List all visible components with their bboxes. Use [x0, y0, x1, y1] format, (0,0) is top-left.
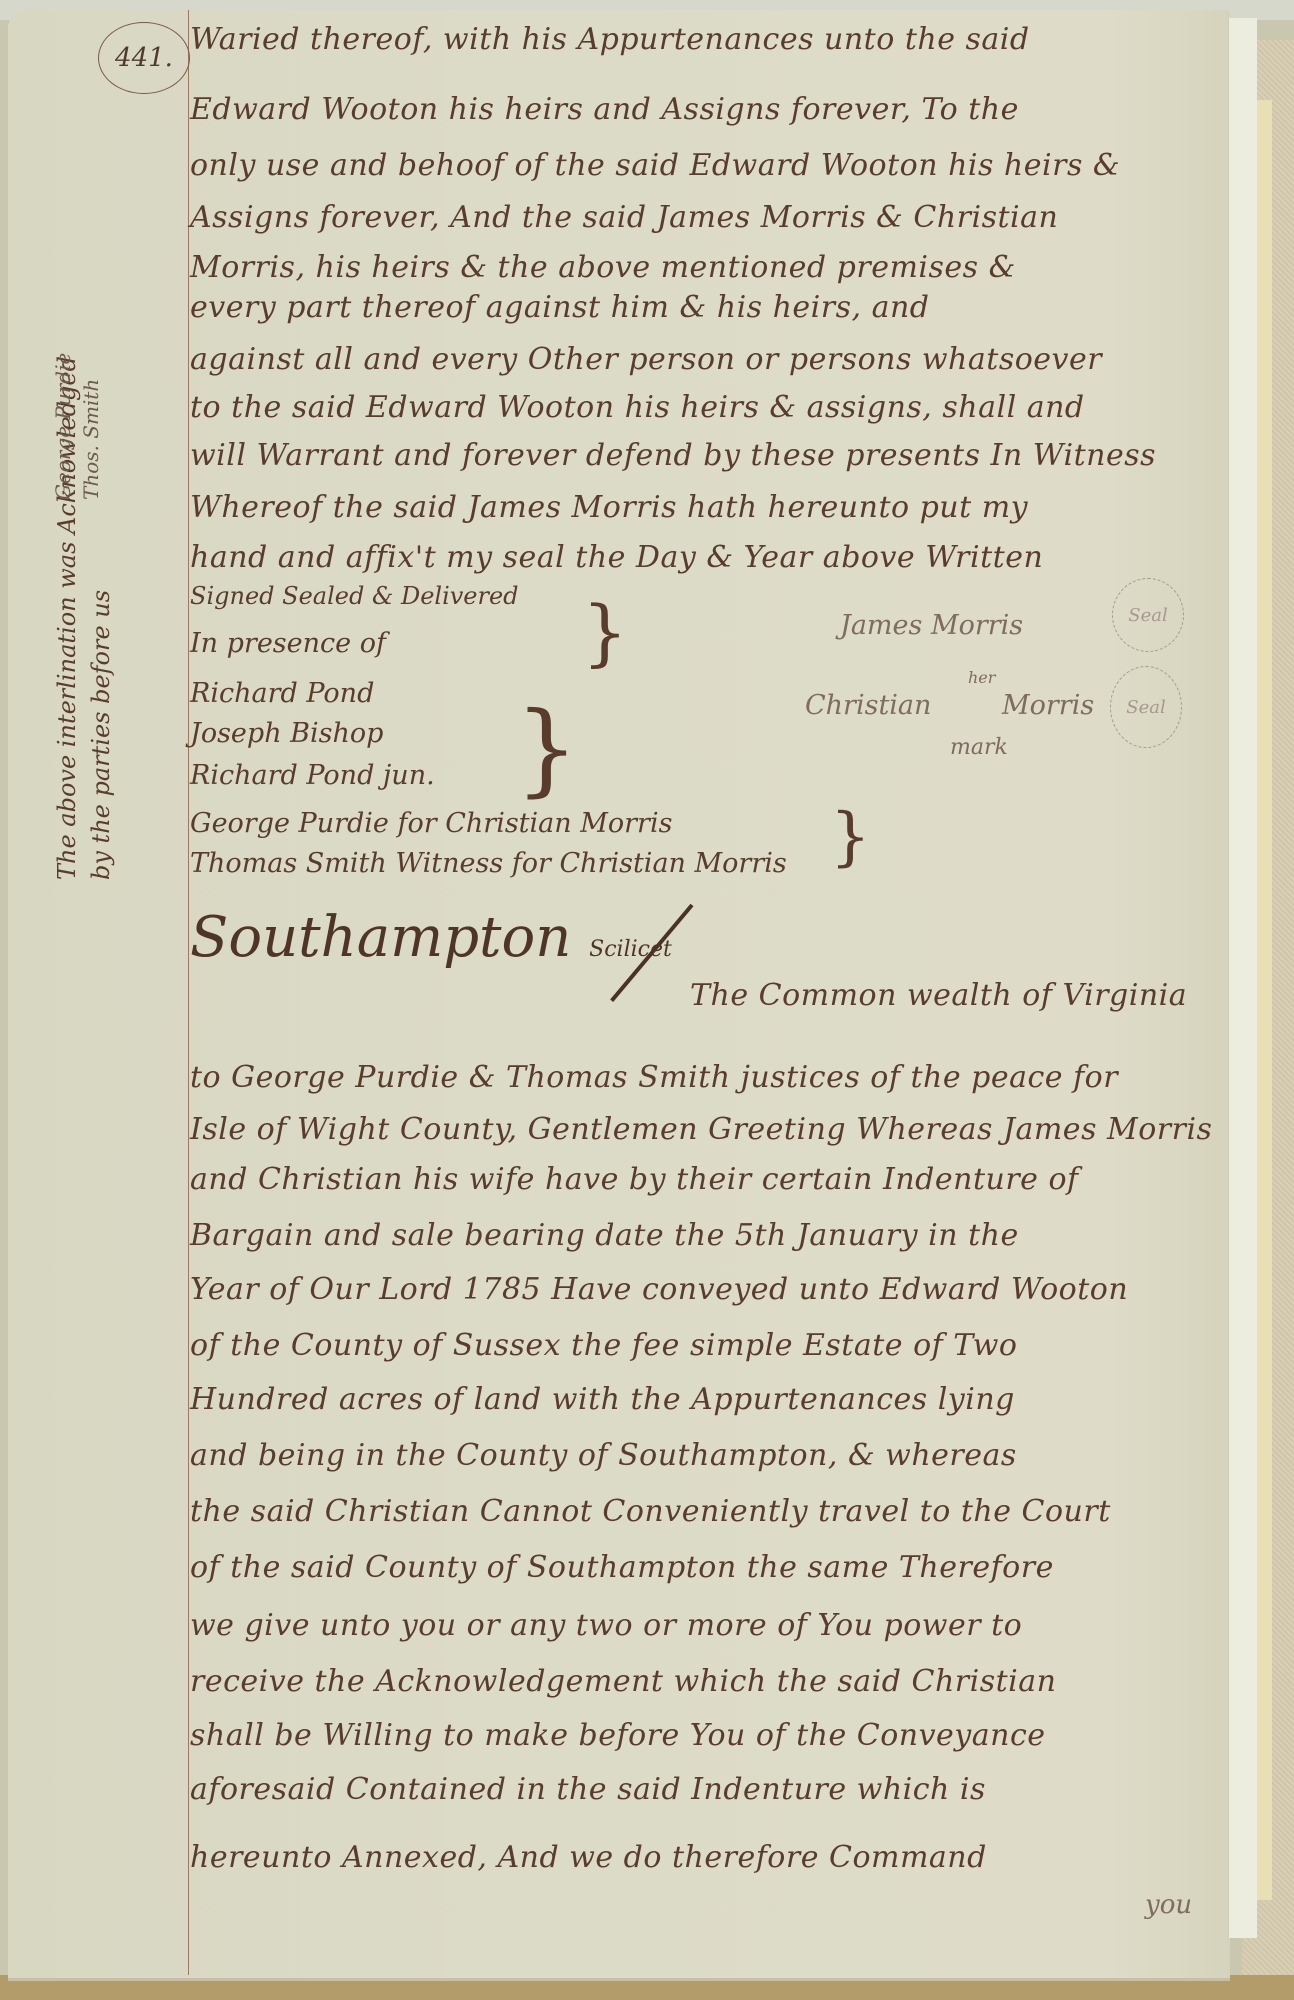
brace-icon: }: [830, 800, 871, 874]
attestation-in-presence: In presence of: [190, 628, 386, 659]
deed-line: hand and affix't my seal the Day & Year …: [190, 540, 1230, 575]
commission-line: hereunto Annexed, And we do therefore Co…: [190, 1840, 1230, 1875]
seal-icon: Seal: [1110, 666, 1182, 748]
commission-line: we give unto you or any two or more of Y…: [190, 1608, 1230, 1643]
commission-heading: Southampton Scilicet: [190, 905, 672, 970]
witness-for-christian: George Purdie for Christian Morris: [190, 808, 672, 839]
catchword: you: [1145, 1890, 1192, 1920]
deed-line: to the said Edward Wooton his heirs & as…: [190, 390, 1230, 425]
heading-southampton: Southampton: [190, 905, 571, 970]
commission-line: shall be Willing to make before You of t…: [190, 1718, 1230, 1753]
deed-line: will Warrant and forever defend by these…: [190, 438, 1230, 473]
commission-line: Hundred acres of land with the Appurtena…: [190, 1382, 1230, 1417]
folio-number: 441.: [98, 22, 190, 94]
deed-line: Morris, his heirs & the above mentioned …: [190, 250, 1230, 285]
commission-line: aforesaid Contained in the said Indentur…: [190, 1772, 1230, 1807]
signature-christian-last: Morris: [1002, 690, 1094, 721]
commission-line: receive the Acknowledgement which the sa…: [190, 1664, 1230, 1699]
witness-for-christian: Thomas Smith Witness for Christian Morri…: [190, 848, 787, 879]
witness-name: Richard Pond: [190, 678, 374, 709]
brace-icon: }: [515, 690, 579, 807]
witness-name: Richard Pond jun.: [190, 760, 435, 791]
signature-mark: mark: [950, 735, 1008, 760]
seal-label: Seal: [1126, 697, 1165, 718]
brace-icon: }: [582, 590, 628, 674]
signature-james-morris: James Morris: [840, 610, 1023, 641]
attestation-signed-sealed: Signed Sealed & Delivered: [190, 582, 519, 610]
deed-line: against all and every Other person or pe…: [190, 342, 1230, 377]
deed-line: Edward Wooton his heirs and Assigns fore…: [190, 92, 1230, 127]
commission-line: Isle of Wight County, Gentlemen Greeting…: [190, 1112, 1230, 1147]
margin-signer: Thos. Smith: [74, 0, 108, 500]
seal-icon: Seal: [1112, 578, 1184, 652]
deed-line: Assigns forever, And the said James Morr…: [190, 200, 1230, 235]
deed-line: every part thereof against him & his hei…: [190, 290, 1230, 325]
commission-line: and Christian his wife have by their cer…: [190, 1162, 1230, 1197]
page-edge: [1256, 100, 1272, 1900]
commission-line: and being in the County of Southampton, …: [190, 1438, 1230, 1473]
signature-christian-first: Christian: [805, 690, 931, 721]
deed-line: only use and behoof of the said Edward W…: [190, 148, 1230, 183]
deed-line: Waried thereof, with his Appurtenances u…: [190, 22, 1230, 57]
signature-her: her: [968, 668, 995, 687]
deed-line: Whereof the said James Morris hath hereu…: [190, 490, 1230, 525]
witness-name: Joseph Bishop: [190, 718, 383, 749]
commission-line: of the County of Sussex the fee simple E…: [190, 1328, 1230, 1363]
commission-line: Bargain and sale bearing date the 5th Ja…: [190, 1218, 1230, 1253]
commission-line: to George Purdie & Thomas Smith justices…: [190, 1060, 1230, 1095]
commission-line: of the said County of Southampton the sa…: [190, 1550, 1230, 1585]
commission-line: The Common wealth of Virginia: [690, 978, 1250, 1013]
seal-label: Seal: [1128, 605, 1167, 626]
commission-line: Year of Our Lord 1785 Have conveyed unto…: [190, 1272, 1230, 1307]
commission-line: the said Christian Cannot Conveniently t…: [190, 1494, 1230, 1529]
margin-rule: [188, 10, 189, 1975]
margin-note: The above interlination was Acknowledged…: [50, 356, 186, 880]
